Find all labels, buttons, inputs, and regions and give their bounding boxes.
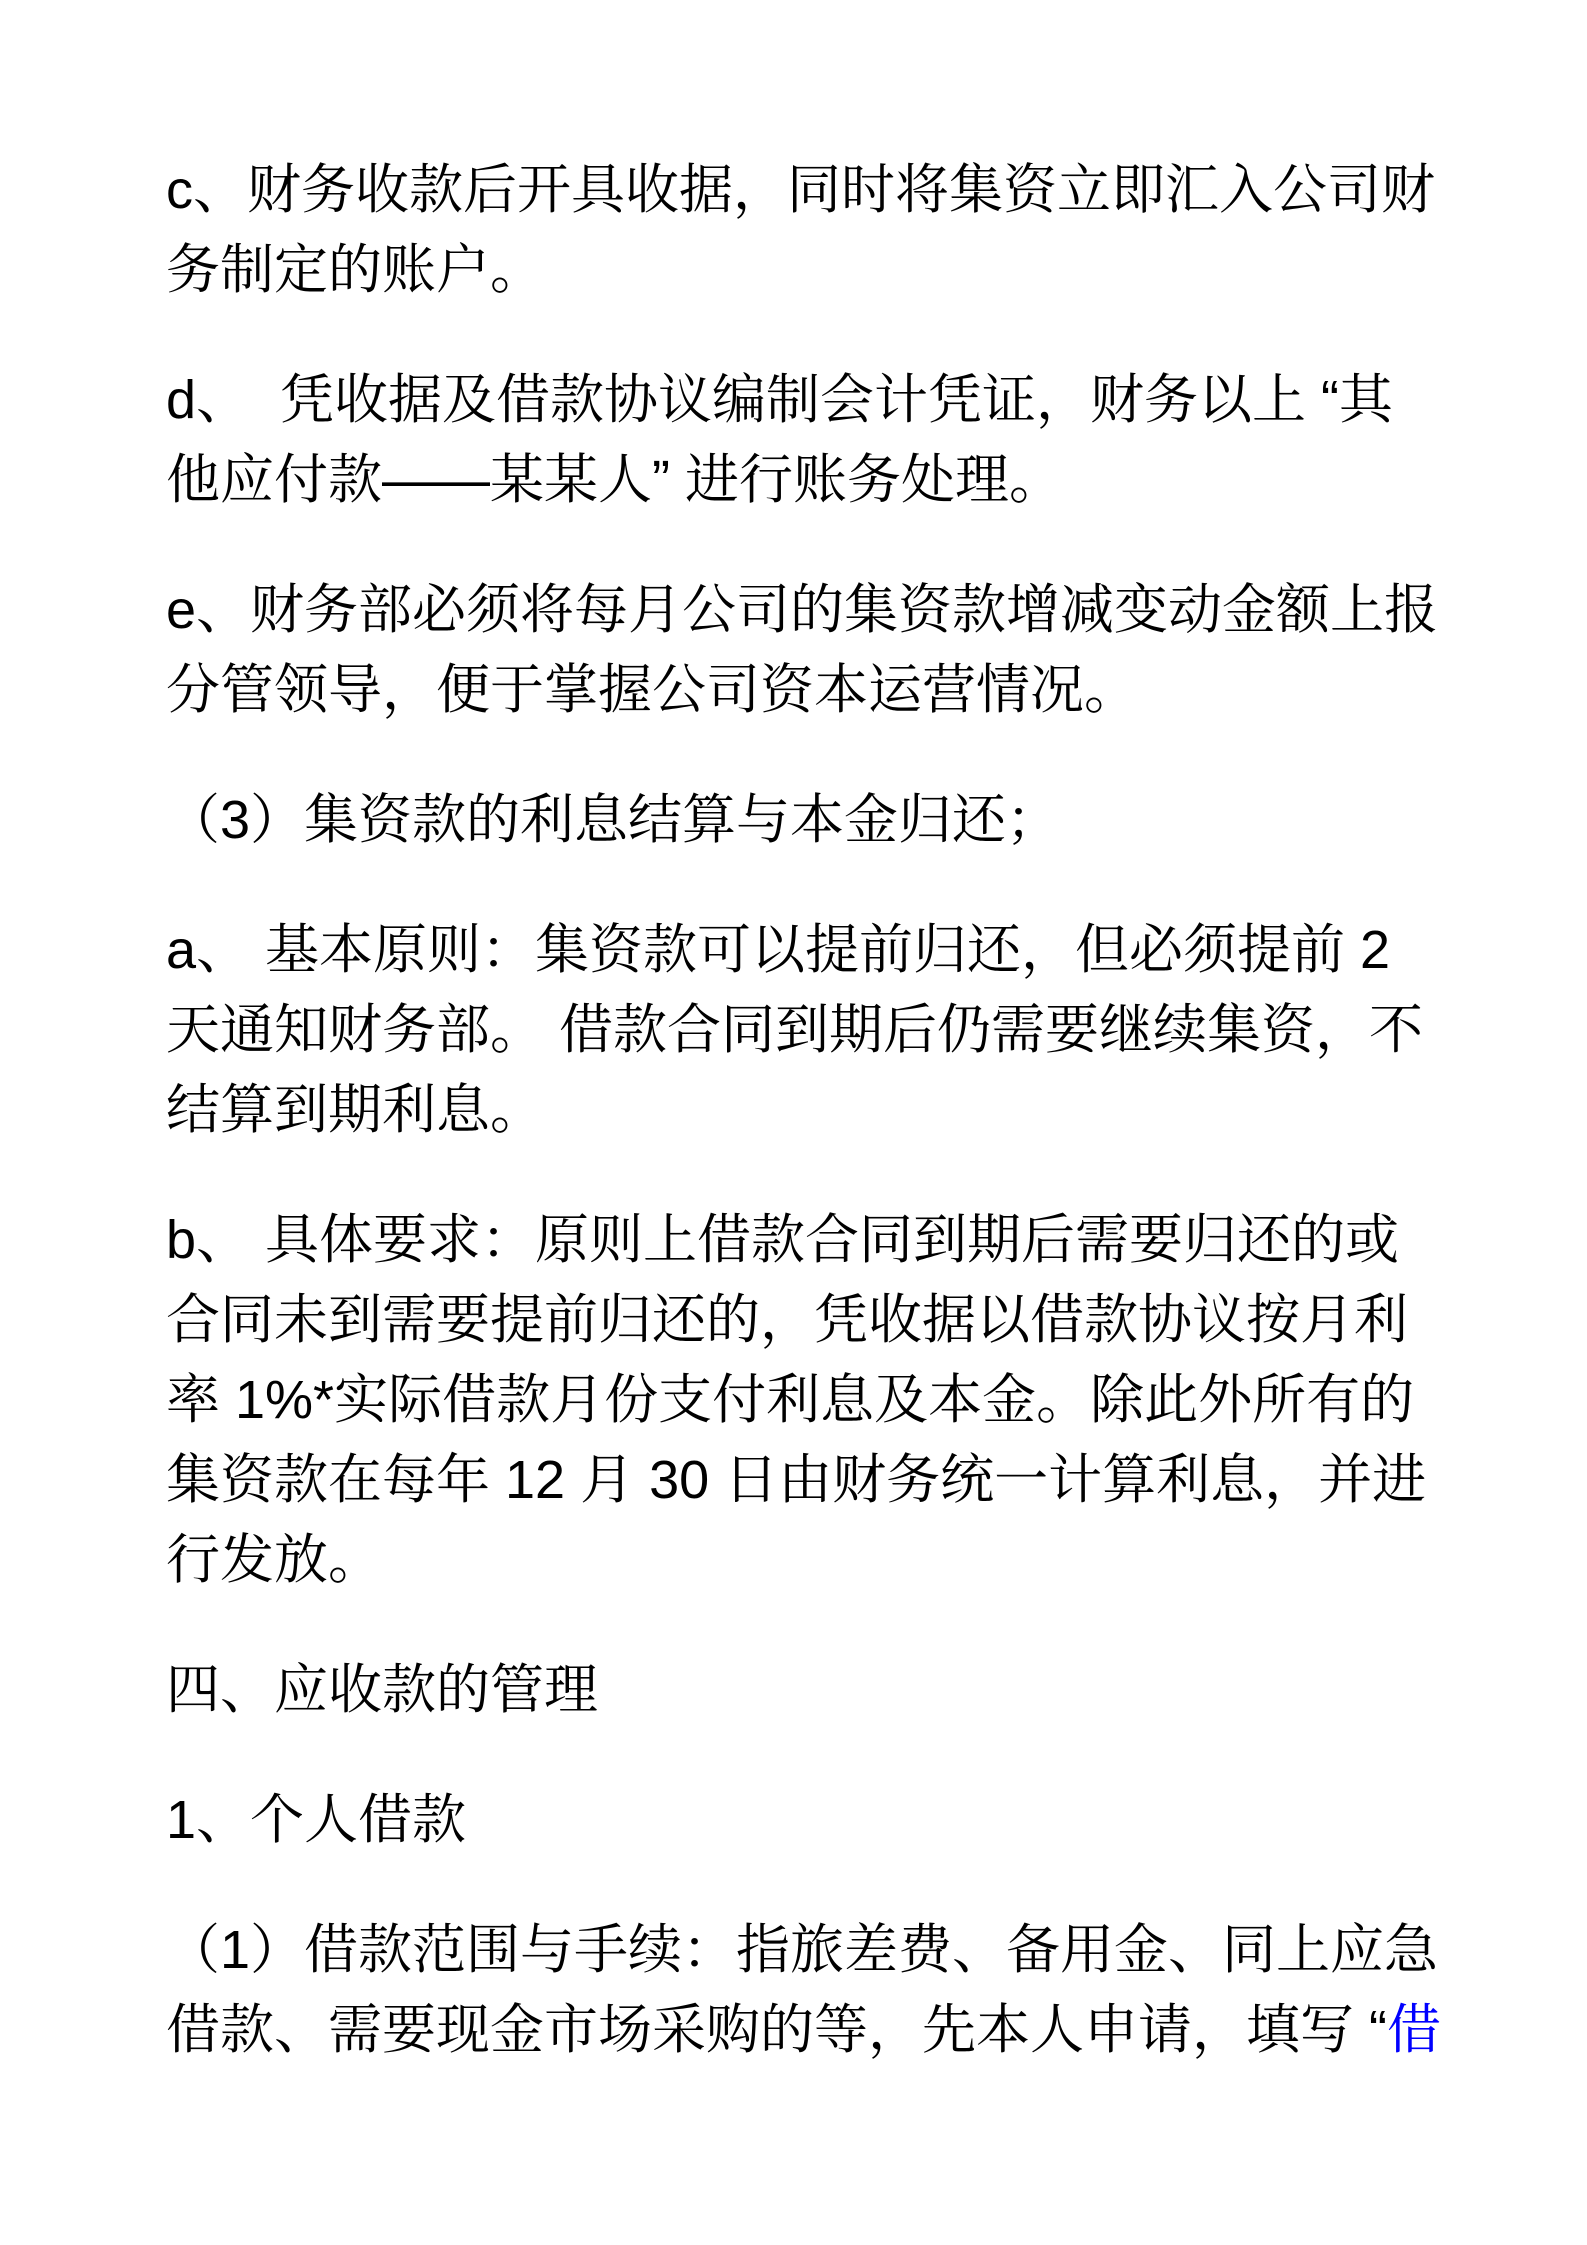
text-line: 率 1%*实际借款月份支付利息及本金。除此外所有的 [166, 1360, 1442, 1440]
paragraph-item-3: （3）集资款的利息结算与本金归还； [166, 780, 1442, 860]
heading-item-1: 1、个人借款 [166, 1780, 1442, 1860]
text-line: 结算到期利息。 [166, 1070, 1442, 1150]
text-line: a、 基本原则：集资款可以提前归还，但必须提前 2 [166, 910, 1442, 990]
text-line: 1、个人借款 [166, 1780, 1442, 1860]
text-line: 他应付款——某某人” 进行账务处理。 [166, 440, 1442, 520]
text-line: e、财务部必须将每月公司的集资款增减变动金额上报 [166, 570, 1442, 650]
paragraph-b: b、 具体要求：原则上借款合同到期后需要归还的或 合同未到需要提前归还的，凭收据… [166, 1200, 1442, 1600]
document-page: c、财务收款后开具收据，同时将集资立即汇入公司财 务制定的账户。 d、 凭收据及… [0, 0, 1587, 2245]
text-line: （1）借款范围与手续：指旅差费、备用金、同上应急 [166, 1910, 1442, 1990]
paragraph-e: e、财务部必须将每月公司的集资款增减变动金额上报 分管领导，便于掌握公司资本运营… [166, 570, 1442, 730]
text-line: 集资款在每年 12 月 30 日由财务统一计算利息，并进 [166, 1440, 1442, 1520]
text-line: 四、应收款的管理 [166, 1650, 1442, 1730]
text-line: d、 凭收据及借款协议编制会计凭证，财务以上 “其 [166, 360, 1442, 440]
paragraph-item-1: （1）借款范围与手续：指旅差费、备用金、同上应急 借款、需要现金市场采购的等，先… [166, 1910, 1442, 2070]
text-line: c、财务收款后开具收据，同时将集资立即汇入公司财 [166, 150, 1442, 230]
text-line: 务制定的账户。 [166, 230, 1442, 310]
document-content: c、财务收款后开具收据，同时将集资立即汇入公司财 务制定的账户。 d、 凭收据及… [166, 150, 1442, 2120]
text-segment: 借款、需要现金市场采购的等，先本人申请，填写 “ [166, 2000, 1387, 2060]
text-line: 借款、需要现金市场采购的等，先本人申请，填写 “借 [166, 1990, 1442, 2070]
text-line: b、 具体要求：原则上借款合同到期后需要归还的或 [166, 1200, 1442, 1280]
text-line: 合同未到需要提前归还的，凭收据以借款协议按月利 [166, 1280, 1442, 1360]
paragraph-d: d、 凭收据及借款协议编制会计凭证，财务以上 “其 他应付款——某某人” 进行账… [166, 360, 1442, 520]
link-text[interactable]: 借 [1387, 2000, 1441, 2060]
text-line: 分管领导，便于掌握公司资本运营情况。 [166, 650, 1442, 730]
paragraph-a: a、 基本原则：集资款可以提前归还，但必须提前 2 天通知财务部。 借款合同到期… [166, 910, 1442, 1150]
paragraph-c: c、财务收款后开具收据，同时将集资立即汇入公司财 务制定的账户。 [166, 150, 1442, 310]
text-line: 行发放。 [166, 1520, 1442, 1600]
text-line: （3）集资款的利息结算与本金归还； [166, 780, 1442, 860]
text-line: 天通知财务部。 借款合同到期后仍需要继续集资，不 [166, 990, 1442, 1070]
heading-section-4: 四、应收款的管理 [166, 1650, 1442, 1730]
